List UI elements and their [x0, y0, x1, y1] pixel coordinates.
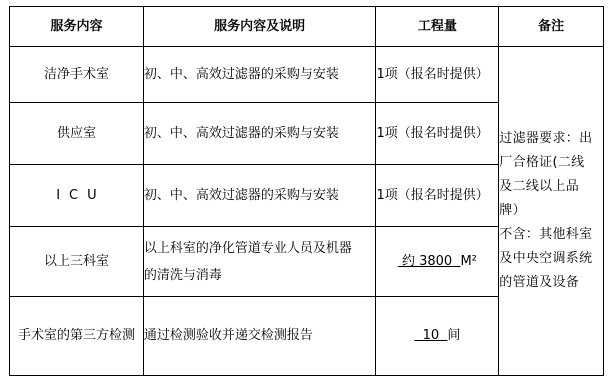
quantity-cell: 10 间: [376, 297, 499, 376]
description-cell: 以上科室的净化管道专业人员及机器 的清洗与消毒: [143, 227, 376, 297]
table-row: 洁净手术室 初、中、高效过滤器的采购与安装 1项（报名时提供） 过滤器要求：出 …: [10, 47, 604, 103]
quantity-unit: 间: [447, 328, 460, 343]
note-line: 及中央空调系统: [499, 247, 603, 271]
quantity-cell: 1项（报名时提供）: [376, 47, 499, 103]
note-line: 的管道及设备: [499, 271, 603, 295]
header-notes: 备注: [499, 7, 604, 47]
note-line: 及二线以上品: [499, 175, 603, 199]
service-table: 服务内容 服务内容及说明 工程量 备注 洁净手术室 初、中、高效过滤器的采购与安…: [9, 6, 604, 376]
description-line: 的清洗与消毒: [144, 262, 376, 289]
service-cell: 洁净手术室: [10, 47, 144, 103]
header-quantity: 工程量: [376, 7, 499, 47]
service-cell: 手术室的第三方检测: [10, 297, 144, 376]
description-cell: 初、中、高效过滤器的采购与安装: [143, 47, 376, 103]
note-line: 厂合格证(二线: [499, 151, 603, 175]
note-line: 牌）: [499, 199, 603, 223]
note-line: 不含：其他科室: [499, 223, 603, 247]
description-cell: 初、中、高效过滤器的采购与安装: [143, 165, 376, 227]
description-cell: 初、中、高效过滤器的采购与安装: [143, 103, 376, 165]
note-line: 过滤器要求：出: [499, 127, 603, 151]
description-line: 以上科室的净化管道专业人员及机器: [144, 235, 376, 262]
quantity-cell: 约 3800 M²: [376, 227, 499, 297]
quantity-value: 约 3800: [398, 254, 461, 269]
description-cell: 通过检测验收并递交检测报告: [143, 297, 376, 376]
quantity-unit: M²: [460, 254, 476, 269]
quantity-value: 10: [414, 328, 447, 343]
service-cell: 以上三科室: [10, 227, 144, 297]
quantity-cell: 1项（报名时提供）: [376, 103, 499, 165]
quantity-cell: 1项（报名时提供）: [376, 165, 499, 227]
table-header-row: 服务内容 服务内容及说明 工程量 备注: [10, 7, 604, 47]
service-cell: 供应室: [10, 103, 144, 165]
service-cell: ICU: [10, 165, 144, 227]
notes-cell: 过滤器要求：出 厂合格证(二线 及二线以上品 牌） 不含：其他科室 及中央空调系…: [499, 47, 604, 376]
header-description: 服务内容及说明: [143, 7, 376, 47]
header-service: 服务内容: [10, 7, 144, 47]
